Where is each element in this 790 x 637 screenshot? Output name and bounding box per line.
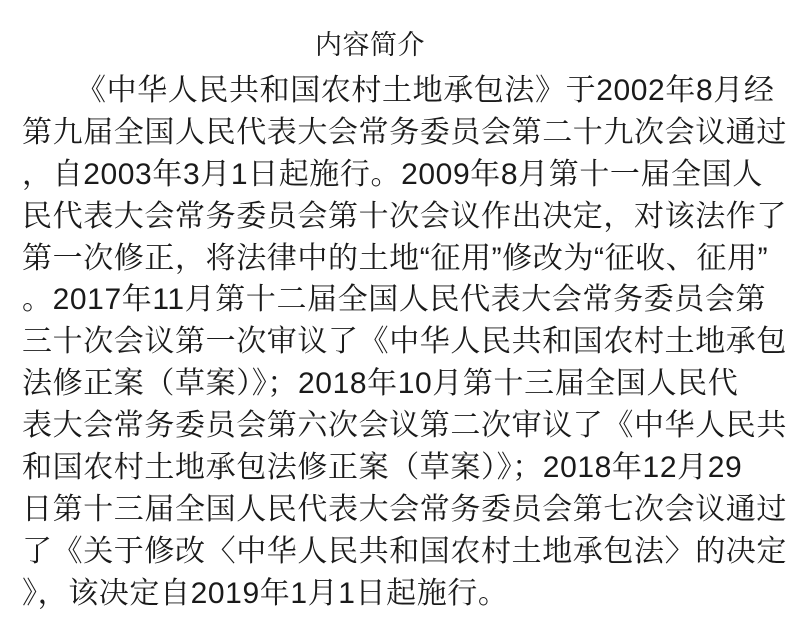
summary-paragraph: 《中华人民共和国农村土地承包法》于2002年8月经 第九届全国人民代表大会常务委… (22, 70, 782, 615)
text-line: 法修正案（草案）》；2018年10月第十三届全国人民代 (22, 363, 782, 405)
text-line: 和国农村土地承包法修正案（草案）》；2018年12月29 (22, 447, 782, 489)
text-line: 了《关于修改〈中华人民共和国农村土地承包法〉的决定 (22, 531, 782, 573)
section-title: 内容简介 (0, 28, 740, 62)
text-line: 日第十三届全国人民代表大会常务委员会第七次会议通过 (22, 489, 782, 531)
text-line: 《中华人民共和国农村土地承包法》于2002年8月经 (22, 70, 782, 112)
text-line: 。2017年11月第十二届全国人民代表大会常务委员会第 (22, 279, 782, 321)
text-line: 表大会常务委员会第六次会议第二次审议了《中华人民共 (22, 405, 782, 447)
text-line: 三十次会议第一次审议了《中华人民共和国农村土地承包 (22, 321, 782, 363)
text-line: 第九届全国人民代表大会常务委员会第二十九次会议通过 (22, 112, 782, 154)
text-line: 第一次修正，将法律中的土地“征用”修改为“征收、征用” (22, 238, 782, 280)
document-page: 内容简介 《中华人民共和国农村土地承包法》于2002年8月经 第九届全国人民代表… (0, 0, 790, 637)
text-line: ，自2003年3月1日起施行。2009年8月第十一届全国人 (22, 154, 782, 196)
text-line: 民代表大会常务委员会第十次会议作出决定，对该法作了 (22, 196, 782, 238)
text-line: 》，该决定自2019年1月1日起施行。 (22, 573, 782, 615)
